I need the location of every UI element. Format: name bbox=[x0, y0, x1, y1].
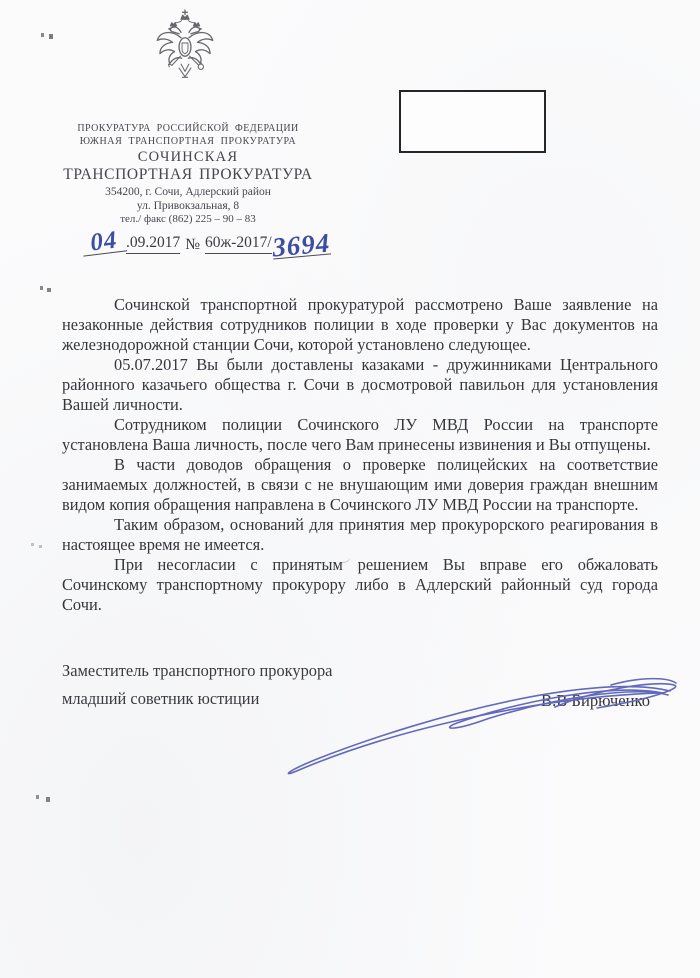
letter-body: Сочинской транспортной прокуратурой расс… bbox=[62, 295, 658, 615]
handwritten-signature bbox=[255, 655, 685, 780]
scan-artifact-dot bbox=[39, 545, 42, 548]
printed-date: .09.2017 bbox=[126, 234, 180, 254]
number-sign: № bbox=[180, 236, 205, 254]
scan-artifact-dot bbox=[41, 33, 44, 37]
handwritten-day: 04 bbox=[81, 229, 127, 256]
handwritten-number: 3694 bbox=[271, 233, 331, 260]
letterhead-org-line4: ТРАНСПОРТНАЯ ПРОКУРАТУРА bbox=[58, 166, 318, 184]
scan-artifact-dot bbox=[40, 286, 43, 290]
letterhead-org-line3: СОЧИНСКАЯ bbox=[58, 149, 318, 166]
printed-number: 60ж-2017/ bbox=[205, 234, 272, 254]
paragraph-4: В части доводов обращения о проверке пол… bbox=[62, 455, 658, 515]
paragraph-3: Сотрудником полиции Сочинского ЛУ МВД Ро… bbox=[62, 415, 658, 455]
scan-artifact-dot bbox=[36, 795, 39, 799]
stamp-box bbox=[399, 90, 546, 153]
letterhead-org-line1: ПРОКУРАТУРА РОССИЙСКОЙ ФЕДЕРАЦИИ bbox=[58, 122, 318, 135]
coat-of-arms-emblem bbox=[152, 8, 218, 82]
paragraph-2: 05.07.2017 Вы были доставлены казаками -… bbox=[62, 355, 658, 415]
paragraph-6: При несогласии с принятым решением Вы вп… bbox=[62, 555, 658, 615]
letterhead-address-line1: 354200, г. Сочи, Адлерский район bbox=[58, 186, 318, 200]
letterhead-address-line2: ул. Привокзальная, 8 bbox=[58, 200, 318, 214]
letterhead: ПРОКУРАТУРА РОССИЙСКОЙ ФЕДЕРАЦИИ ЮЖНАЯ Т… bbox=[58, 122, 318, 226]
scan-artifact-dot bbox=[46, 797, 50, 802]
letterhead-org-line2: ЮЖНАЯ ТРАНСПОРТНАЯ ПРОКУРАТУРА bbox=[58, 135, 318, 148]
reference-line: 04 .09.2017 № 60ж-2017/ 3694 bbox=[82, 224, 330, 254]
scan-artifact-dot bbox=[31, 543, 34, 546]
paragraph-5: Таким образом, оснований для принятия ме… bbox=[62, 515, 658, 555]
scan-artifact-dot bbox=[47, 288, 51, 292]
paragraph-1: Сочинской транспортной прокуратурой расс… bbox=[62, 295, 658, 355]
signer-position-line2: младший советник юстиции bbox=[62, 689, 259, 709]
scan-artifact-dot bbox=[49, 34, 53, 39]
scanned-letter-page: ПРОКУРАТУРА РОССИЙСКОЙ ФЕДЕРАЦИИ ЮЖНАЯ Т… bbox=[0, 0, 700, 978]
